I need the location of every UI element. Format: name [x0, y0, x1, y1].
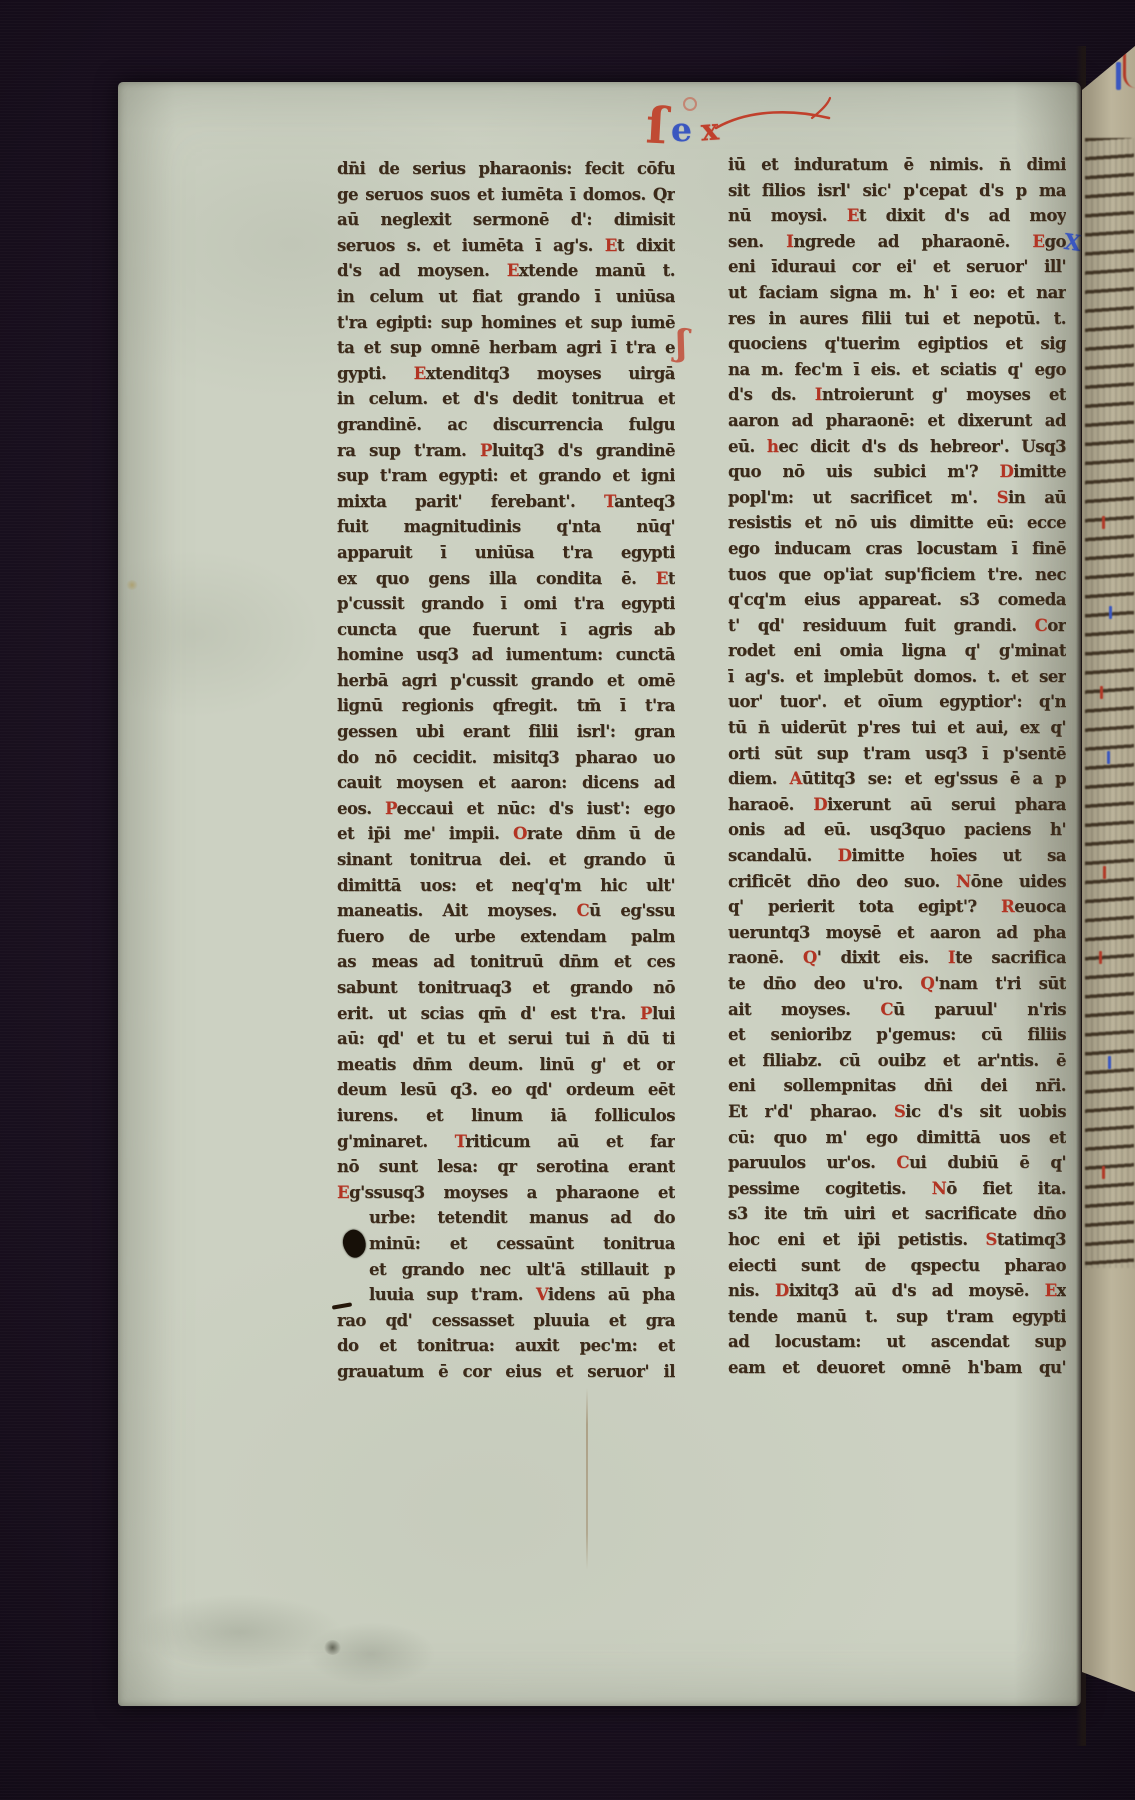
- text-line: et senioribz p'gemus: cū filiis: [728, 1022, 1066, 1048]
- text-line: ī ag's. et implebūt domos. t. et ser: [728, 664, 1066, 690]
- text-segment: nō sunt lesa: qr serotina erant: [337, 1157, 675, 1176]
- text-line: luuia sup t'ram. Videns aū pha: [337, 1282, 675, 1308]
- fore-edge-pages: [1082, 46, 1135, 1746]
- text-segment: crificēt dn̄o deo suo.: [728, 872, 956, 891]
- text-segment: ec dicit d's ds hebreor'. Usq3: [778, 437, 1066, 456]
- fore-edge-accent: [1100, 686, 1103, 699]
- text-segment: tuos que op'iat sup'ficiem t're. nec: [728, 565, 1066, 584]
- text-line: in celum. et d's dedit tonitrua et: [337, 386, 675, 412]
- manuscript-page: ſ e x dn̄i de serius pharaonis: fecit cō…: [118, 82, 1081, 1706]
- text-segment: nis.: [728, 1281, 775, 1300]
- text-line: as meas ad tonitruū dn̄m et ces: [337, 949, 675, 975]
- text-segment: deum lesū q3. eo qd' ordeum eēt: [337, 1080, 675, 1099]
- rubricated-letter: R: [1001, 897, 1014, 916]
- text-line: ego inducam cras locustam ī finē: [728, 536, 1066, 562]
- text-line: eū. hec dicit d's ds hebreor'. Usq3: [728, 434, 1066, 460]
- text-segment: xtende manū t.: [519, 261, 675, 280]
- text-line: et filiabz. cū ouibz et ar'ntis. ē: [728, 1048, 1066, 1074]
- rubricated-letter: C: [576, 901, 589, 920]
- text-segment: ge seruos suos et iumēta ī domos. Qr: [337, 185, 675, 204]
- text-line: ex quo gens illa condita ē. Et: [337, 566, 675, 592]
- text-segment: iurens. et linum iā folliculos: [337, 1106, 675, 1125]
- rubricated-letter: E: [337, 1183, 349, 1202]
- text-line: ra sup t'ram. Pluitq3 d's grandinē: [337, 438, 675, 464]
- rubricated-letter: I: [815, 385, 822, 404]
- text-line: eni sollempnitas dn̄i dei nr̄i.: [728, 1073, 1066, 1099]
- text-segment: herbā agri p'cussit grando et omē: [337, 671, 675, 690]
- text-segment: aaron ad pharaonē: et dixerunt ad: [728, 411, 1066, 430]
- text-segment: grandinē. ac discurrencia fulgu: [337, 415, 675, 434]
- text-segment: uor' tuor'. et oīum egyptior': q'n: [728, 692, 1066, 711]
- text-line: popl'm: ut sacrificet m'. Sin aū: [728, 485, 1066, 511]
- text-line: gessen ubi erant filii isrl': gran: [337, 719, 675, 745]
- text-segment: et senioribz p'gemus: cū filiis: [728, 1025, 1066, 1044]
- text-segment: eni sollempnitas dn̄i dei nr̄i.: [728, 1076, 1066, 1095]
- rubricated-letter: E: [414, 364, 426, 383]
- text-segment: x: [1057, 1281, 1066, 1300]
- text-line: eos. Peccaui et nūc: d's iust': ego: [337, 796, 675, 822]
- text-line: apparuit ī uniūsa t'ra egypti: [337, 540, 675, 566]
- text-line: meatis dn̄m deum. linū g' et or: [337, 1052, 675, 1078]
- text-line: sup t'ram egypti: et grando et igni: [337, 463, 675, 489]
- text-line: minū: et cessaūnt tonitrua: [337, 1231, 675, 1257]
- text-segment: eū.: [728, 437, 767, 456]
- text-segment: te dn̄o deo u'ro.: [728, 974, 920, 993]
- text-segment: t: [668, 569, 675, 588]
- text-segment: dimittā uos: et neq'q'm hic ult': [337, 876, 675, 895]
- stain: [324, 1640, 341, 1655]
- text-line: do et tonitrua: auxit pec'm: et: [337, 1333, 675, 1359]
- text-segment: iū et induratum ē nimis. n̄ dimi: [728, 155, 1066, 174]
- text-line: tuos que op'iat sup'ficiem t're. nec: [728, 562, 1066, 588]
- text-segment: haraoē.: [728, 795, 813, 814]
- text-line: gypti. Extenditq3 moyses uirgā: [337, 361, 675, 387]
- rubricated-letter: C: [880, 1000, 893, 1019]
- text-line: sen. Ingrede ad pharaonē. Ego: [728, 229, 1066, 255]
- text-line: grauatum ē cor eius et seruor' il: [337, 1359, 675, 1385]
- text-segment: cuncta que fuerunt ī agris ab: [337, 620, 675, 639]
- text-column-left: dn̄i de serius pharaonis: fecit cōfuge s…: [337, 156, 675, 1385]
- text-segment: eiecti sunt de qspectu pharao: [728, 1256, 1066, 1275]
- fore-edge-blue-ornament: [1116, 62, 1121, 90]
- text-line: onis ad eū. usq3quo paciens h': [728, 817, 1066, 843]
- text-segment: ū paruul' n'ris: [893, 1000, 1066, 1019]
- text-line: aaron ad pharaonē: et dixerunt ad: [728, 408, 1066, 434]
- text-line: uor' tuor'. et oīum egyptior': q'n: [728, 689, 1066, 715]
- text-segment: sabunt tonitruaq3 et grando nō: [337, 978, 675, 997]
- fore-edge-text-lines: [1085, 138, 1134, 1268]
- text-segment: ī ag's. et implebūt domos. t. et ser: [728, 667, 1066, 686]
- rubricated-letter: E: [656, 569, 668, 588]
- text-segment: dn̄i de serius pharaonis: fecit cōfu: [337, 159, 675, 178]
- text-segment: ad locustam: ut ascendat sup: [728, 1332, 1066, 1351]
- rubricated-letter: Q: [920, 974, 934, 993]
- text-segment: or: [1047, 616, 1066, 635]
- text-line: rodet eni omia ligna q' g'minat: [728, 638, 1066, 664]
- text-segment: d's ds.: [728, 385, 815, 404]
- text-segment: ra sup t'ram.: [337, 441, 480, 460]
- text-line: do nō cecidit. misitq3 pharao uo: [337, 745, 675, 771]
- rubricated-letter: E: [605, 236, 617, 255]
- text-line: sit filios isrl' sic' p'cepat d's p ma: [728, 178, 1066, 204]
- text-segment: ūtitq3 se: et eg'ssus ē a p: [802, 769, 1066, 788]
- text-line: res in aures filii tui et nepotū. t.: [728, 306, 1066, 332]
- text-line: d's ds. Introierunt g' moyses et: [728, 382, 1066, 408]
- text-segment: scandalū.: [728, 846, 838, 865]
- text-segment: ō fiet ita.: [946, 1179, 1066, 1198]
- stain: [306, 1622, 436, 1686]
- text-segment: paruulos ur'os.: [728, 1153, 896, 1172]
- text-segment: ego inducam cras locustam ī finē: [728, 539, 1066, 558]
- text-segment: erit. ut scias qm̄ d' est t'ra.: [337, 1004, 640, 1023]
- text-line: maneatis. Ait moyses. Cū eg'ssu: [337, 898, 675, 924]
- text-line: orti sūt sup t'ram usq3 ī p'sentē: [728, 741, 1066, 767]
- rubricated-letter: T: [604, 492, 614, 511]
- text-segment: anteq3: [614, 492, 675, 511]
- text-segment: homine usq3 ad iumentum: cunctā: [337, 645, 675, 664]
- text-line: q'cq'm eius appareat. s3 comeda: [728, 587, 1066, 613]
- rubricated-letter: C: [896, 1153, 909, 1172]
- text-line: Et r'd' pharao. Sic d's sit uobis: [728, 1099, 1066, 1125]
- text-line: g'minaret. Triticum aū et far: [337, 1129, 675, 1155]
- text-segment: t dixit: [617, 236, 675, 255]
- text-segment: g'minaret.: [337, 1132, 455, 1151]
- text-segment: maneatis. Ait moyses.: [337, 901, 576, 920]
- text-line: herbā agri p'cussit grando et omē: [337, 668, 675, 694]
- text-segment: 'nam t'ri sūt: [934, 974, 1066, 993]
- text-segment: d's ad moysen.: [337, 261, 507, 280]
- text-segment: eccaui et nūc: d's iust': ego: [397, 799, 676, 818]
- text-line: homine usq3 ad iumentum: cunctā: [337, 642, 675, 668]
- text-segment: ui dubiū ē q': [909, 1153, 1066, 1172]
- rubricated-letter: P: [480, 441, 492, 460]
- fore-edge-accent: [1102, 1166, 1105, 1179]
- text-segment: in celum ut fiat grando ī uniūsa: [337, 287, 675, 306]
- text-line: aū neglexit sermonē d': dimisit: [337, 207, 675, 233]
- text-segment: ntroierunt g' moyses et: [822, 385, 1066, 404]
- text-segment: apparuit ī uniūsa t'ra egypti: [337, 543, 675, 562]
- text-segment: cū: quo m' ego dimittā uos et: [728, 1128, 1066, 1147]
- text-segment: grauatum ē cor eius et seruor' il: [337, 1362, 675, 1381]
- text-segment: eos.: [337, 799, 385, 818]
- text-segment: tatimq3: [997, 1230, 1066, 1249]
- text-line: ait moyses. Cū paruul' n'ris: [728, 997, 1066, 1023]
- text-segment: riticum aū et far: [465, 1132, 675, 1151]
- text-line: crificēt dn̄o deo suo. Nōne uides: [728, 869, 1066, 895]
- text-line: nū moysi. Et dixit d's ad moy: [728, 203, 1066, 229]
- text-segment: fuit magnitudinis q'nta nūq': [337, 517, 675, 536]
- text-segment: raonē.: [728, 948, 803, 967]
- text-line: et ip̄i me' impii. Orate dn̄m ū de: [337, 821, 675, 847]
- rubricated-letter: E: [507, 261, 519, 280]
- fore-edge-accent: [1108, 1056, 1111, 1069]
- running-title-letter-e: e: [671, 110, 692, 149]
- text-line: eam et deuoret omnē h'bam qu': [728, 1355, 1066, 1381]
- text-segment: hoc eni et ip̄i petistis.: [728, 1230, 985, 1249]
- text-line: dimittā uos: et neq'q'm hic ult': [337, 873, 675, 899]
- text-segment: Et r'd' pharao.: [728, 1102, 894, 1121]
- text-line: cuncta que fuerunt ī agris ab: [337, 617, 675, 643]
- text-line: erit. ut scias qm̄ d' est t'ra. Plui: [337, 1001, 675, 1027]
- text-segment: cauit moysen et aaron: dicens ad: [337, 773, 675, 792]
- text-line: cū: quo m' ego dimittā uos et: [728, 1125, 1066, 1151]
- text-segment: nū moysi.: [728, 206, 847, 225]
- text-line: haraoē. Dixerunt aū serui phara: [728, 792, 1066, 818]
- text-segment: euoca: [1014, 897, 1066, 916]
- text-line: scandalū. Dimitte hoīes ut sa: [728, 843, 1066, 869]
- text-segment: meatis dn̄m deum. linū g' et or: [337, 1055, 675, 1074]
- text-line: aū: qd' et tu et serui tui n̄ dū ti: [337, 1026, 675, 1052]
- fore-edge-accent: [1099, 951, 1102, 964]
- text-segment: ic d's sit uobis: [905, 1102, 1066, 1121]
- text-line: in celum ut fiat grando ī uniūsa: [337, 284, 675, 310]
- text-segment: do nō cecidit. misitq3 pharao uo: [337, 748, 675, 767]
- text-line: eiecti sunt de qspectu pharao: [728, 1253, 1066, 1279]
- rubricated-letter: E: [1032, 232, 1044, 251]
- text-segment: p'cussit grando ī omi t'ra egypti: [337, 594, 675, 613]
- text-segment: imitte hoīes ut sa: [851, 846, 1066, 865]
- fore-edge-accent: [1109, 606, 1112, 619]
- text-line: quociens q'tuerim egiptios et sig: [728, 331, 1066, 357]
- text-segment: xtenditq3 moyses uirgā: [426, 364, 675, 383]
- text-line: quo nō uis subici m'? Dimitte: [728, 459, 1066, 485]
- text-segment: lui: [652, 1004, 675, 1023]
- text-segment: onis ad eū. usq3quo paciens h': [728, 820, 1066, 839]
- text-segment: ex quo gens illa condita ē.: [337, 569, 656, 588]
- rubricated-letter: C: [1035, 616, 1048, 635]
- text-line: raonē. Q' dixit eis. Ite sacrifica: [728, 945, 1066, 971]
- text-segment: g'ssusq3 moyses a pharaone et: [349, 1183, 675, 1202]
- text-line: sinant tonitrua dei. et grando ū: [337, 847, 675, 873]
- text-segment: seruos s. et iumēta ī ag's.: [337, 236, 605, 255]
- text-segment: ōne uides: [971, 872, 1066, 891]
- photo-background: ſ e x dn̄i de serius pharaonis: fecit cō…: [0, 0, 1135, 1800]
- text-line: cauit moysen et aaron: dicens ad: [337, 770, 675, 796]
- text-line: ge seruos suos et iumēta ī domos. Qr: [337, 182, 675, 208]
- text-line: seruos s. et iumēta ī ag's. Et dixit: [337, 233, 675, 259]
- running-title-flourish: ſ: [644, 95, 669, 156]
- text-segment: rate dn̄m ū de: [527, 824, 675, 843]
- text-line: urbe: tetendit manus ad do: [337, 1205, 675, 1231]
- text-segment: tende manū t. sup t'ram egypti: [728, 1307, 1066, 1326]
- rubricated-letter: E: [847, 206, 859, 225]
- text-segment: urbe: tetendit manus ad do: [369, 1208, 675, 1227]
- text-line: d's ad moysen. Extende manū t.: [337, 258, 675, 284]
- text-line: q' perierit tota egipt'? Reuoca: [728, 894, 1066, 920]
- text-line: deum lesū q3. eo qd' ordeum eēt: [337, 1077, 675, 1103]
- text-segment: luitq3 d's grandinē: [492, 441, 675, 460]
- text-segment: res in aures filii tui et nepotū. t.: [728, 309, 1066, 328]
- gutter-flourish: ʃ: [673, 321, 690, 364]
- text-line: t'ra egipti: sup homines et sup iumē: [337, 310, 675, 336]
- text-segment: quo nō uis subici m'?: [728, 462, 999, 481]
- text-line: ueruntq3 moysē et aaron ad pha: [728, 920, 1066, 946]
- text-line: nō sunt lesa: qr serotina erant: [337, 1154, 675, 1180]
- text-segment: mixta parit' ferebant'.: [337, 492, 604, 511]
- text-segment: orti sūt sup t'ram usq3 ī p'sentē: [728, 744, 1066, 763]
- text-line: ut faciam signa m. h' ī eo: et nar: [728, 280, 1066, 306]
- rubricated-letter: T: [455, 1132, 466, 1151]
- text-line: rao qd' cessasset pluuia et gra: [337, 1308, 675, 1334]
- text-segment: do et tonitrua: auxit pec'm: et: [337, 1336, 675, 1355]
- text-line: lignū regionis qfregit. tm̄ ī t'ra: [337, 693, 675, 719]
- text-segment: pessime cogitetis.: [728, 1179, 932, 1198]
- text-line: sabunt tonitruaq3 et grando nō: [337, 975, 675, 1001]
- text-line: t' qd' residuum fuit grandi. Cor: [728, 613, 1066, 639]
- text-segment: quociens q'tuerim egiptios et sig: [728, 334, 1066, 353]
- text-line: tū n̄ uiderūt p'res tui et aui, ex q': [728, 715, 1066, 741]
- text-line: nis. Dixitq3 aū d's ad moysē. Ex: [728, 1278, 1066, 1304]
- text-segment: popl'm: ut sacrificet m'.: [728, 488, 997, 507]
- text-segment: ngrede ad pharaonē.: [793, 232, 1032, 251]
- fore-edge-accent: [1102, 516, 1105, 529]
- text-line: s3 ite tm̄ uiri et sacrificate dn̄o: [728, 1201, 1066, 1227]
- text-segment: in aū: [1008, 488, 1066, 507]
- text-segment: sen.: [728, 232, 786, 251]
- text-line: paruulos ur'os. Cui dubiū ē q': [728, 1150, 1066, 1176]
- rubricated-letter: P: [385, 799, 396, 818]
- text-line: iurens. et linum iā folliculos: [337, 1103, 675, 1129]
- text-line: na m. fec'm ī eis. et sciatis q' ego: [728, 357, 1066, 383]
- text-segment: minū: et cessaūnt tonitrua: [369, 1234, 675, 1253]
- rubricated-letter: Q: [803, 948, 817, 967]
- running-title-letter-x: x: [700, 112, 720, 148]
- text-segment: eam et deuoret omnē h'bam qu': [728, 1358, 1066, 1377]
- text-line: dn̄i de serius pharaonis: fecit cōfu: [337, 156, 675, 182]
- text-segment: eni īduraui cor ei' et seruor' ill': [728, 257, 1066, 276]
- rubricated-letter: O: [513, 824, 527, 843]
- text-segment: sit filios isrl' sic' p'cepat d's p ma: [728, 181, 1066, 200]
- text-line: mixta parit' ferebant'. Tanteq3: [337, 489, 675, 515]
- text-segment: gypti.: [337, 364, 414, 383]
- text-segment: imitte: [1013, 462, 1066, 481]
- text-line: diem. Aūtitq3 se: et eg'ssus ē a p: [728, 766, 1066, 792]
- text-segment: et ip̄i me' impii.: [337, 824, 513, 843]
- text-line: iū et induratum ē nimis. n̄ dimi: [728, 152, 1066, 178]
- text-segment: rodet eni omia ligna q' g'minat: [728, 641, 1066, 660]
- rubricated-letter: S: [894, 1102, 905, 1121]
- text-line: te dn̄o deo u'ro. Q'nam t'ri sūt: [728, 971, 1066, 997]
- rubricated-letter: I: [948, 948, 955, 967]
- fore-edge-red-ornament: [1123, 50, 1135, 88]
- text-segment: ut faciam signa m. h' ī eo: et nar: [728, 283, 1066, 302]
- text-segment: ixerunt aū serui phara: [827, 795, 1066, 814]
- fore-edge-accent: [1103, 866, 1106, 879]
- text-segment: ait moyses.: [728, 1000, 880, 1019]
- text-segment: s3 ite tm̄ uiri et sacrificate dn̄o: [728, 1204, 1066, 1223]
- text-segment: t dixit d's ad moy: [859, 206, 1066, 225]
- fore-edge-accent: [1107, 751, 1110, 764]
- stain: [126, 580, 138, 590]
- text-segment: ta et sup omnē herbam agri ī t'ra e: [337, 338, 675, 357]
- text-segment: t' qd' residuum fuit grandi.: [728, 616, 1035, 635]
- text-line: ad locustam: ut ascendat sup: [728, 1329, 1066, 1355]
- text-segment: ixitq3 aū d's ad moysē.: [789, 1281, 1045, 1300]
- text-segment: ueruntq3 moysē et aaron ad pha: [728, 923, 1066, 942]
- text-segment: idens aū pha: [548, 1285, 675, 1304]
- text-segment: luuia sup t'ram.: [369, 1285, 536, 1304]
- rubricated-letter: E: [1045, 1281, 1057, 1300]
- rubricated-letter: h: [767, 437, 779, 456]
- text-segment: resistis et nō uis dimitte eū: ecce: [728, 513, 1066, 532]
- text-line: fuero de urbe extendam palm: [337, 924, 675, 950]
- text-line: ta et sup omnē herbam agri ī t'ra e: [337, 335, 675, 361]
- text-segment: as meas ad tonitruū dn̄m et ces: [337, 952, 675, 971]
- text-line: tende manū t. sup t'ram egypti: [728, 1304, 1066, 1330]
- text-segment: rao qd' cessasset pluuia et gra: [337, 1311, 675, 1330]
- rubricated-letter: D: [999, 462, 1013, 481]
- text-segment: fuero de urbe extendam palm: [337, 927, 675, 946]
- rubricated-letter: D: [813, 795, 827, 814]
- text-segment: ' dixit eis.: [817, 948, 948, 967]
- text-segment: sup t'ram egypti: et grando et igni: [337, 466, 675, 485]
- rubricated-letter: S: [985, 1230, 996, 1249]
- text-segment: in celum. et d's dedit tonitrua et: [337, 389, 675, 408]
- text-line: pessime cogitetis. Nō fiet ita.: [728, 1176, 1066, 1202]
- text-segment: et grando nec ult'ā stillauit p: [369, 1260, 675, 1279]
- text-segment: te sacrifica: [955, 948, 1066, 967]
- text-segment: diem.: [728, 769, 789, 788]
- text-line: p'cussit grando ī omi t'ra egypti: [337, 591, 675, 617]
- text-segment: aū neglexit sermonē d': dimisit: [337, 210, 675, 229]
- text-segment: q'cq'm eius appareat. s3 comeda: [728, 590, 1066, 609]
- crease-line: [586, 1388, 588, 1570]
- text-segment: aū: qd' et tu et serui tui n̄ dū ti: [337, 1029, 675, 1048]
- text-line: grandinē. ac discurrencia fulgu: [337, 412, 675, 438]
- text-segment: q' perierit tota egipt'?: [728, 897, 1001, 916]
- text-line: resistis et nō uis dimitte eū: ecce: [728, 510, 1066, 536]
- rubricated-letter: A: [789, 769, 801, 788]
- rubricated-letter: D: [775, 1281, 789, 1300]
- text-line: hoc eni et ip̄i petistis. Statimq3: [728, 1227, 1066, 1253]
- text-segment: et filiabz. cū ouibz et ar'ntis. ē: [728, 1051, 1066, 1070]
- rubricated-letter: N: [932, 1179, 947, 1198]
- text-line: et grando nec ult'ā stillauit p: [337, 1257, 675, 1283]
- text-segment: t'ra egipti: sup homines et sup iumē: [337, 313, 675, 332]
- rubricated-letter: S: [997, 488, 1008, 507]
- rubricated-letter: P: [640, 1004, 652, 1023]
- text-column-right: iū et induratum ē nimis. n̄ dimisit fili…: [728, 152, 1066, 1381]
- text-segment: sinant tonitrua dei. et grando ū: [337, 850, 675, 869]
- text-segment: tū n̄ uiderūt p'res tui et aui, ex q': [728, 718, 1066, 737]
- text-segment: gessen ubi erant filii isrl': gran: [337, 722, 675, 741]
- text-segment: ū eg'ssu: [589, 901, 675, 920]
- text-segment: na m. fec'm ī eis. et sciatis q' ego: [728, 360, 1066, 379]
- text-line: fuit magnitudinis q'nta nūq': [337, 514, 675, 540]
- text-segment: lignū regionis qfregit. tm̄ ī t'ra: [337, 696, 675, 715]
- rubricated-letter: N: [956, 872, 971, 891]
- text-line: eni īduraui cor ei' et seruor' ill': [728, 254, 1066, 280]
- rubricated-letter: V: [536, 1285, 548, 1304]
- text-line: Eg'ssusq3 moyses a pharaone et: [337, 1180, 675, 1206]
- rubricated-letter: D: [838, 846, 852, 865]
